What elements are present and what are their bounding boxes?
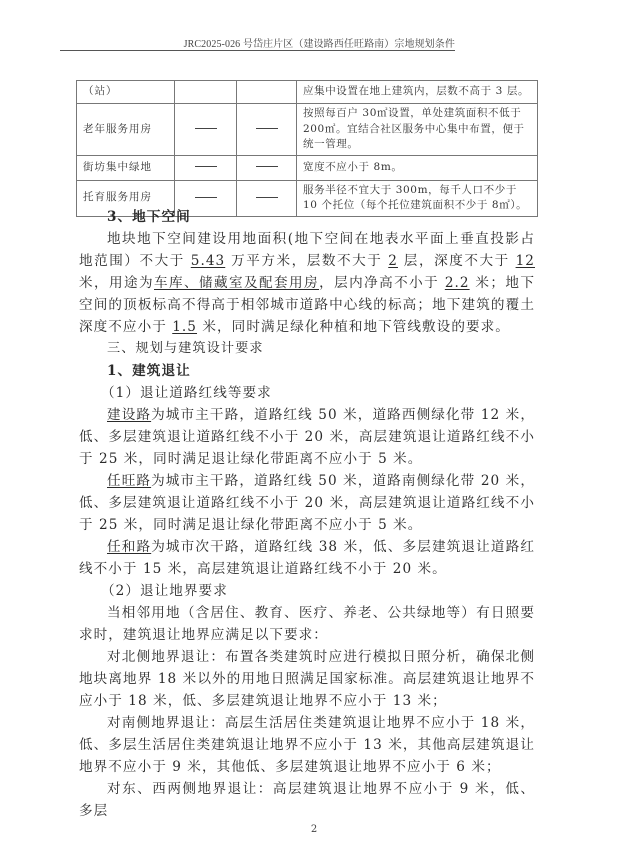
road-name: 任旺路	[107, 473, 151, 489]
paragraph-east-west-boundary: 对东、西两侧地界退让：高层建筑退让地界不应小于 9 米，低、多层	[79, 778, 535, 822]
table-cell	[237, 104, 297, 156]
use-value: 车库、储藏室及配套用房	[154, 275, 319, 291]
paragraph-road-jianshe: 建设路为城市主干路，道路红线 50 米，道路西侧绿化带 12 米，低、多层建筑退…	[79, 404, 535, 470]
paragraph-road-renhe: 任和路为城市次干路，道路红线 38 米，低、多层建筑退让道路红线不小于 15 米…	[79, 536, 535, 580]
dash-mark	[195, 166, 217, 167]
facility-name: 街坊集中绿地	[77, 155, 175, 180]
area-value: 5.43	[191, 253, 225, 269]
table-cell	[237, 81, 297, 104]
table-cell	[175, 104, 237, 156]
depth-value: 12	[516, 253, 535, 269]
paragraph-boundary-intro: 当相邻用地（含居住、教育、医疗、养老、公共绿地等）有日照要求时，建筑退让地界应满…	[79, 602, 535, 646]
table-cell	[175, 81, 237, 104]
page-number: 2	[0, 824, 628, 835]
section-heading-underground: 3、地下空间	[79, 206, 535, 228]
subsection-road-setback: （1）退让道路红线等要求	[79, 382, 535, 404]
facility-requirement: 应集中设置在地上建筑内，层数不高于 3 层。	[297, 81, 538, 104]
document-header: JRC2025-026 号岱庄片区（建设路西任旺路南）宗地规划条件	[60, 35, 455, 50]
dash-mark	[256, 166, 278, 167]
table-row: （站） 应集中设置在地上建筑内，层数不高于 3 层。	[77, 81, 538, 104]
paragraph-underground: 地块地下空间建设用地面积(地下空间在地表水平面上垂直投影占地范围）不大于 5.4…	[79, 228, 535, 338]
dash-mark	[195, 128, 217, 129]
header-divider	[60, 50, 455, 51]
facility-requirement: 宽度不应小于 8m。	[297, 155, 538, 180]
dash-mark	[256, 197, 278, 198]
part-heading-planning: 三、规划与建筑设计要求	[79, 338, 535, 360]
dash-mark	[256, 128, 278, 129]
facility-requirement: 按照每百户 30㎡设置，单处建筑面积不低于 200㎡。宜结合社区服务中心集中布置…	[297, 104, 538, 156]
table-row: 老年服务用房 按照每百户 30㎡设置，单处建筑面积不低于 200㎡。宜结合社区服…	[77, 104, 538, 156]
document-body: 3、地下空间 地块地下空间建设用地面积(地下空间在地表水平面上垂直投影占地范围）…	[79, 206, 535, 822]
facility-table: （站） 应集中设置在地上建筑内，层数不高于 3 层。 老年服务用房 按照每百户 …	[76, 80, 538, 217]
road-name: 建设路	[107, 407, 151, 423]
paragraph-north-boundary: 对北侧地界退让：布置各类建筑时应进行模拟日照分析，确保北侧地块离地界 18 米以…	[79, 646, 535, 712]
road-name: 任和路	[107, 539, 151, 555]
floors-value: 2	[388, 253, 398, 269]
paragraph-road-renwang: 任旺路为城市主干路，道路红线 50 米，道路南侧绿化带 20 米，低、多层建筑退…	[79, 470, 535, 536]
text: ，层内净高不小于	[319, 275, 445, 291]
text: 万平方米，层数不大于	[225, 253, 388, 269]
facility-name: （站）	[77, 81, 175, 104]
text: 米，同时满足绿化种植和地下管线敷设的要求。	[197, 319, 510, 335]
table-cell	[237, 155, 297, 180]
dash-mark	[195, 197, 217, 198]
table-row: 街坊集中绿地 宽度不应小于 8m。	[77, 155, 538, 180]
soil-depth-value: 1.5	[172, 319, 197, 335]
subsection-boundary-setback: （2）退让地界要求	[79, 580, 535, 602]
height-value: 2.2	[445, 275, 470, 291]
text: 米，用途为	[79, 275, 154, 291]
table-cell	[175, 155, 237, 180]
section-heading-setback: 1、建筑退让	[79, 360, 535, 382]
text: 层，深度不大于	[398, 253, 516, 269]
facility-name: 老年服务用房	[77, 104, 175, 156]
paragraph-south-boundary: 对南侧地界退让：高层生活居住类建筑退让地界不应小于 18 米，低、多层生活居住类…	[79, 712, 535, 778]
